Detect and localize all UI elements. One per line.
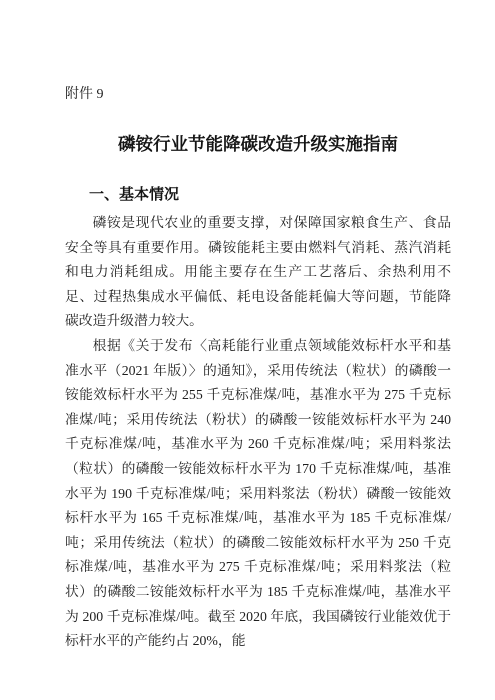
document-title: 磷铵行业节能降碳改造升级实施指南	[65, 133, 451, 155]
section-heading: 一、基本情况	[65, 185, 451, 205]
document-page: 附件 9 磷铵行业节能降碳改造升级实施指南 一、基本情况 磷铵是现代农业的重要支…	[0, 0, 495, 700]
body-paragraph: 根据《关于发布〈高耗能行业重点领域能效标杆水平和基准水平（2021 年版）〉的通…	[65, 334, 451, 654]
body-paragraph: 磷铵是现代农业的重要支撑，对保障国家粮食生产、食品安全等具有重要作用。磷铵能耗主…	[65, 211, 451, 334]
attachment-label: 附件 9	[65, 86, 451, 104]
